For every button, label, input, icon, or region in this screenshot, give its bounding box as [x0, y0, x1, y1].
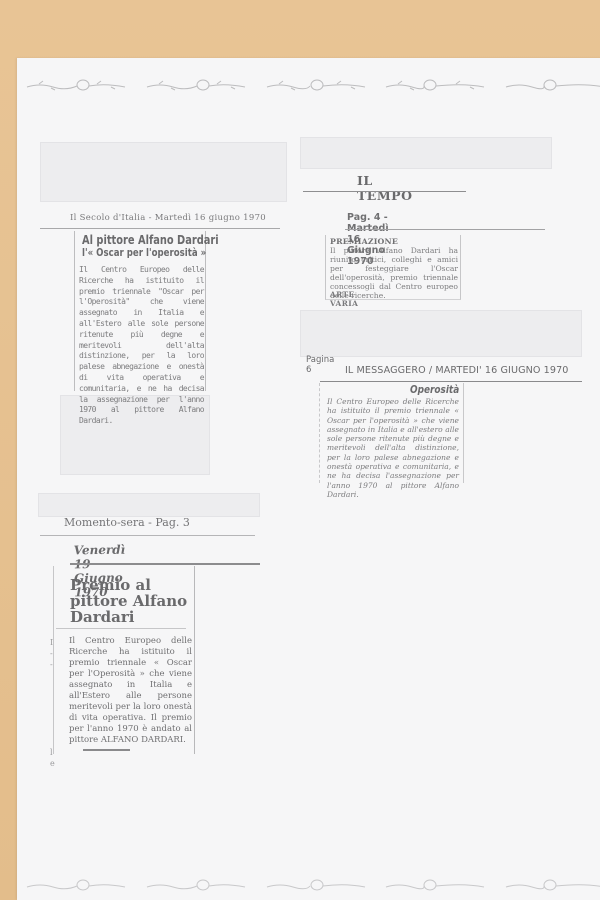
page-number: Pagina 6	[306, 355, 334, 375]
masthead: IL TEMPO	[357, 173, 412, 203]
clipping-header: Momento-sera - Pag. 3	[64, 516, 190, 529]
divider	[345, 229, 545, 230]
divider	[320, 381, 582, 382]
floral-ornament-icon	[25, 874, 130, 896]
headline: Premio al pittore Alfano Dardari	[70, 577, 195, 625]
margin-fragment: I - - l e	[50, 637, 55, 769]
bleed-through-area	[300, 137, 552, 169]
divider	[303, 191, 466, 192]
headline: Al pittore Alfano Dardari l'« Oscar per …	[82, 234, 185, 260]
divider	[56, 628, 186, 629]
floral-ornament-icon	[504, 874, 600, 896]
clipping-header: IL MESSAGGERO / MARTEDI' 16 GIUGNO 1970	[345, 365, 569, 376]
floral-ornament-icon	[265, 74, 370, 96]
divider	[40, 228, 280, 229]
article-body: Il Centro Europeo delle Ricerche ha isti…	[69, 636, 192, 746]
divider	[70, 563, 260, 565]
floral-ornament-icon	[145, 874, 250, 896]
top-floral-border	[17, 74, 600, 98]
floral-ornament-icon	[265, 874, 370, 896]
end-rule	[83, 749, 130, 751]
floral-ornament-icon	[145, 74, 250, 96]
headline-line: Al pittore Alfano Dardari	[82, 234, 185, 247]
floral-ornament-icon	[384, 874, 489, 896]
floral-ornament-icon	[504, 74, 600, 96]
page-value: 6	[306, 365, 334, 375]
page-label: Pagina	[306, 355, 334, 365]
bleed-through-area	[38, 493, 260, 517]
bleed-through-area	[300, 310, 582, 357]
bottom-floral-border	[17, 874, 600, 898]
clipping-header: Il Secolo d'Italia - Martedì 16 giugno 1…	[70, 213, 275, 223]
bleed-through-area	[40, 142, 287, 202]
article-body: Il Centro Europeo delle Ricerche ha isti…	[79, 265, 204, 427]
section-label: PREMIAZIONE	[330, 237, 398, 246]
floral-ornament-icon	[25, 74, 130, 96]
headline: Operosità	[410, 384, 459, 396]
divider	[40, 535, 255, 536]
section-footer: ARTE VARIA	[330, 290, 358, 308]
headline-line: l'« Oscar per l'operosità »	[82, 247, 185, 260]
floral-ornament-icon	[384, 74, 489, 96]
article-body: Il Centro Europeo delle Ricerche ha isti…	[327, 397, 459, 499]
